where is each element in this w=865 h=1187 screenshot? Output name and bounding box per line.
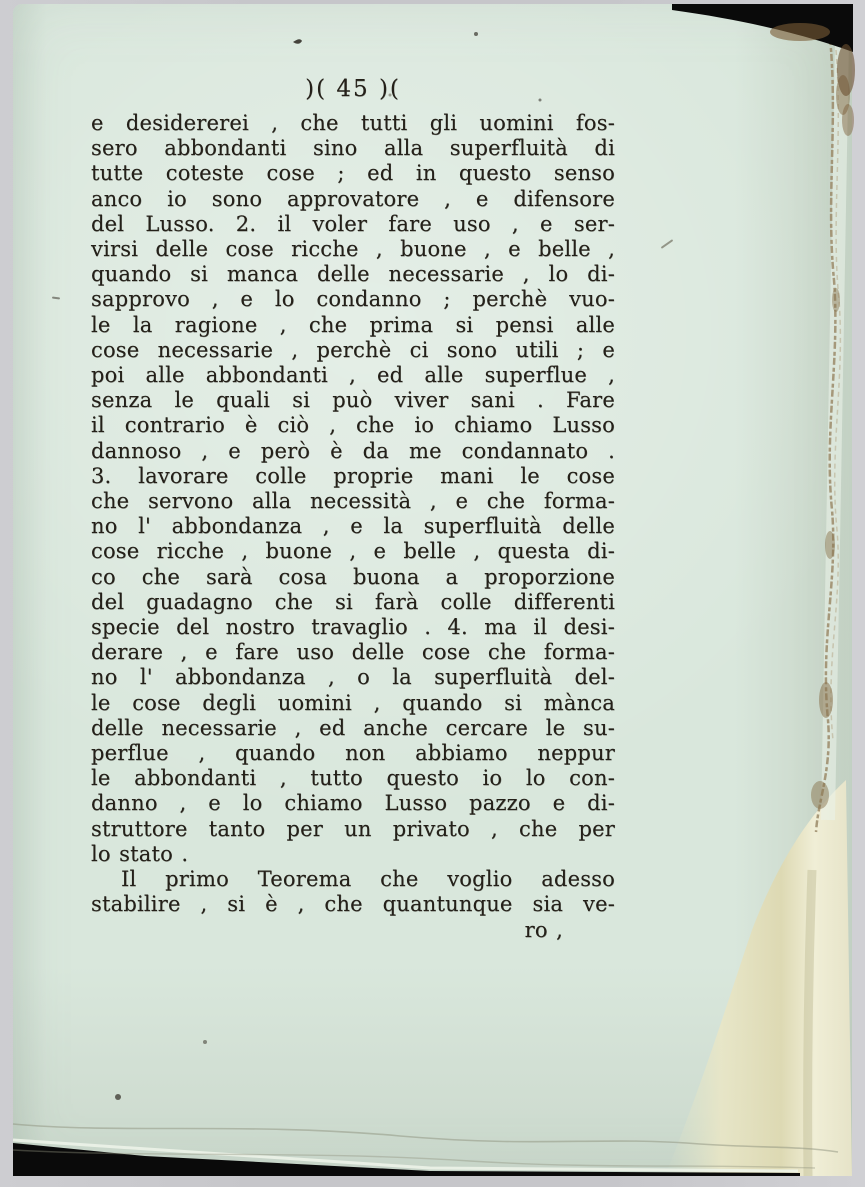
body-text: e desidererei , che tutti gli uomini fos…: [91, 111, 615, 943]
text-line: anco io sono approvatore , e difensore: [91, 187, 615, 212]
text-line: no l' abbondanza , e la superfluità dell…: [91, 514, 615, 539]
text-line: danno , e lo chiamo Lusso pazzo e di-: [91, 791, 615, 816]
page-number-header: )( 45 )(: [91, 76, 615, 111]
text-line: il contrario è ciò , che io chiamo Lusso: [91, 413, 615, 438]
text-line: tutte coteste cose ; ed in questo senso: [91, 161, 615, 186]
text-line: 3. lavorare colle proprie mani le cose: [91, 464, 615, 489]
text-line: cose ricche , buone , e belle , questa d…: [91, 539, 615, 564]
text-line: le cose degli uomini , quando si mànca: [91, 691, 615, 716]
text-line: poi alle abbondanti , ed alle superflue …: [91, 363, 615, 388]
text-line: Il primo Teorema che voglio adesso: [91, 867, 615, 892]
text-line: virsi delle cose ricche , buone , e bell…: [91, 237, 615, 262]
text-line: cose necessarie , perchè ci sono utili ;…: [91, 338, 615, 363]
text-line: co che sarà cosa buona a proporzione: [91, 565, 615, 590]
book-page: )( 45 )( e desidererei , che tutti gli u…: [13, 4, 852, 1176]
text-line: del Lusso. 2. il voler fare uso , e ser-: [91, 212, 615, 237]
text-line: delle necessarie , ed anche cercare le s…: [91, 716, 615, 741]
text-line: quando si manca delle necessarie , lo di…: [91, 262, 615, 287]
text-line: che servono alla necessità , e che forma…: [91, 489, 615, 514]
text-line: del guadagno che si farà colle different…: [91, 590, 615, 615]
text-line: dannoso , e però è da me condannato .: [91, 439, 615, 464]
text-line: sapprovo , e lo condanno ; perchè vuo-: [91, 287, 615, 312]
text-line: sero abbondanti sino alla superfluità di: [91, 136, 615, 161]
text-block: )( 45 )( e desidererei , che tutti gli u…: [91, 76, 615, 943]
text-line: derare , e fare uso delle cose che forma…: [91, 640, 615, 665]
text-line: ro ,: [91, 918, 615, 943]
text-line: senza le quali si può viver sani . Fare: [91, 388, 615, 413]
text-line: le abbondanti , tutto questo io lo con-: [91, 766, 615, 791]
text-line: perflue , quando non abbiamo neppur: [91, 741, 615, 766]
text-line: no l' abbondanza , o la superfluità del-: [91, 665, 615, 690]
text-line: lo stato .: [91, 842, 615, 867]
text-line: e desidererei , che tutti gli uomini fos…: [91, 111, 615, 136]
text-line: specie del nostro travaglio . 4. ma il d…: [91, 615, 615, 640]
text-line: struttore tanto per un privato , che per: [91, 817, 615, 842]
text-line: stabilire , si è , che quantunque sia ve…: [91, 892, 615, 917]
text-line: le la ragione , che prima si pensi alle: [91, 313, 615, 338]
